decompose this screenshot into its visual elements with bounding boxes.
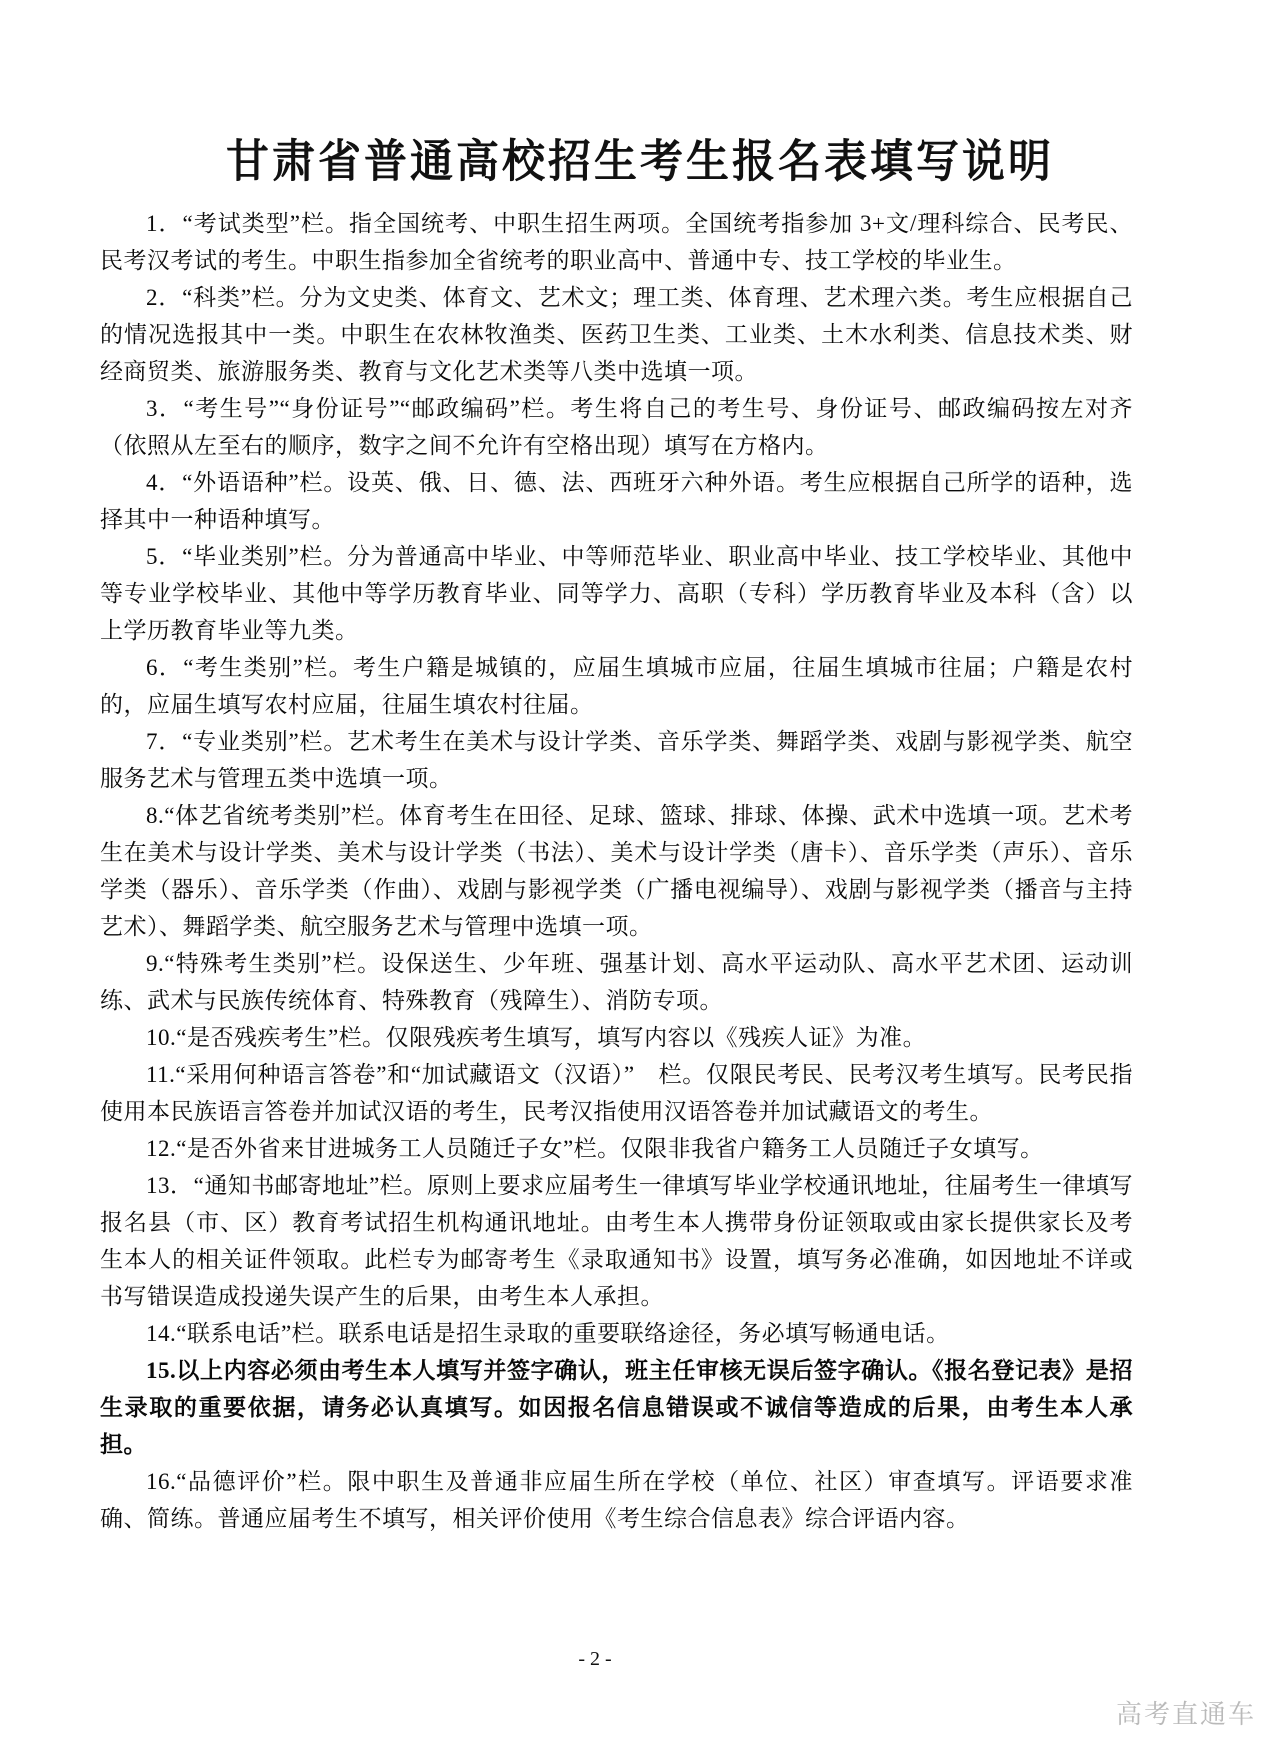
instruction-list: 1．“考试类型”栏。指全国统考、中职生招生两项。全国统考指参加 3+文/理科综合… <box>100 205 1133 1537</box>
instruction-paragraph: 7．“专业类别”栏。艺术考生在美术与设计学类、音乐学类、舞蹈学类、戏剧与影视学类… <box>100 723 1133 797</box>
instruction-paragraph: 3．“考生号”“身份证号”“邮政编码”栏。考生将自己的考生号、身份证号、邮政编码… <box>100 390 1133 464</box>
instruction-paragraph: 8.“体艺省统考类别”栏。体育考生在田径、足球、篮球、排球、体操、武术中选填一项… <box>100 797 1133 945</box>
page-number: - 2 - <box>545 1648 645 1671</box>
instruction-paragraph: 15.以上内容必须由考生本人填写并签字确认，班主任审核无误后签字确认。《报名登记… <box>100 1352 1133 1463</box>
page-title: 甘肃省普通高校招生考生报名表填写说明 <box>0 127 1280 190</box>
watermark-text: 高考直通车 <box>1116 1694 1256 1731</box>
instruction-paragraph: 11.“采用何种语言答卷”和“加试藏语文（汉语）” 栏。仅限民考民、民考汉考生填… <box>100 1056 1133 1130</box>
instruction-paragraph: 12.“是否外省来甘进城务工人员随迁子女”栏。仅限非我省户籍务工人员随迁子女填写… <box>100 1130 1133 1167</box>
instruction-paragraph: 5．“毕业类别”栏。分为普通高中毕业、中等师范毕业、职业高中毕业、技工学校毕业、… <box>100 538 1133 649</box>
instruction-paragraph: 4．“外语语种”栏。设英、俄、日、德、法、西班牙六种外语。考生应根据自己所学的语… <box>100 464 1133 538</box>
instruction-paragraph: 2．“科类”栏。分为文史类、体育文、艺术文；理工类、体育理、艺术理六类。考生应根… <box>100 279 1133 390</box>
instruction-paragraph: 9.“特殊考生类别”栏。设保送生、少年班、强基计划、高水平运动队、高水平艺术团、… <box>100 945 1133 1019</box>
instruction-paragraph: 1．“考试类型”栏。指全国统考、中职生招生两项。全国统考指参加 3+文/理科综合… <box>100 205 1133 279</box>
document-page: 甘肃省普通高校招生考生报名表填写说明 1．“考试类型”栏。指全国统考、中职生招生… <box>0 0 1280 1751</box>
instruction-paragraph: 10.“是否残疾考生”栏。仅限残疾考生填写，填写内容以《残疾人证》为准。 <box>100 1019 1133 1056</box>
instruction-paragraph: 16.“品德评价”栏。限中职生及普通非应届生所在学校（单位、社区）审查填写。评语… <box>100 1463 1133 1537</box>
instruction-paragraph: 6．“考生类别”栏。考生户籍是城镇的，应届生填城市应届，往届生填城市往届；户籍是… <box>100 649 1133 723</box>
instruction-paragraph: 14.“联系电话”栏。联系电话是招生录取的重要联络途径，务必填写畅通电话。 <box>100 1315 1133 1352</box>
instruction-paragraph: 13．“通知书邮寄地址”栏。原则上要求应届考生一律填写毕业学校通讯地址，往届考生… <box>100 1167 1133 1315</box>
